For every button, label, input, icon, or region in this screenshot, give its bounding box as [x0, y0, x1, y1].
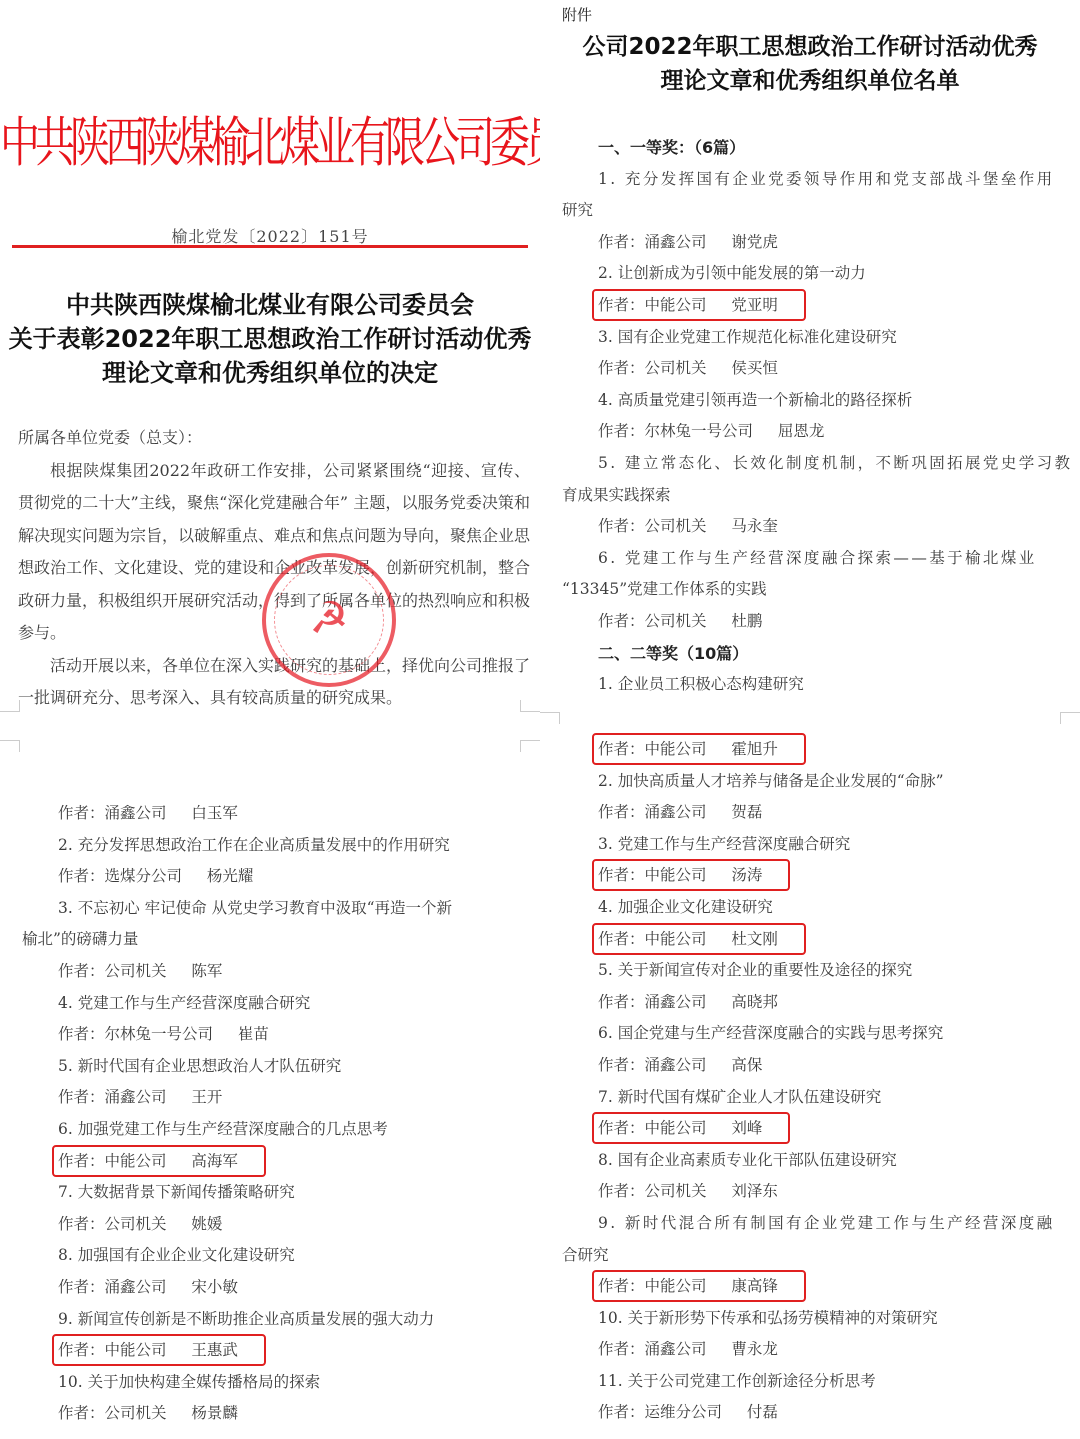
- item-title: 3. 国有企业党建工作规范化标准化建设研究: [540, 322, 1080, 354]
- author-line: 作者：公司机关刘泽东: [540, 1176, 1080, 1208]
- author-name: 马永奎: [731, 517, 778, 535]
- crop-mark: [520, 740, 540, 752]
- author-company: 作者：公司机关: [598, 606, 707, 638]
- author-company: 作者：中能公司: [598, 735, 707, 763]
- author-company: 作者：涌鑫公司: [598, 227, 707, 259]
- author-name: 陈军: [191, 962, 222, 980]
- highlight-box: 作者：中能公司王惠武: [54, 1336, 264, 1364]
- item-title-cont: 育成果实践探索: [540, 480, 1080, 512]
- author-line-highlighted: 作者：中能公司高海军: [0, 1146, 540, 1178]
- salutation: 所属各单位党委（总支）：: [18, 422, 530, 455]
- item-title: 1. 充分发挥国有企业党委领导作用和党支部战斗堡垒作用: [540, 164, 1080, 196]
- author-company: 作者：涌鑫公司: [58, 1082, 167, 1114]
- author-company: 作者：涌鑫公司: [598, 1334, 707, 1366]
- author-line-highlighted: 作者：中能公司王惠武: [0, 1335, 540, 1367]
- letterhead-title: 中共陕西陕煤榆北煤业有限公司委员会文件: [0, 100, 540, 177]
- author-line-highlighted: 作者：中能公司刘峰: [540, 1113, 1080, 1145]
- author-line: 作者：选煤分公司杨光耀: [0, 861, 540, 893]
- first-prize-list: 一、一等奖：（6篇） 1. 充分发挥国有企业党委领导作用和党支部战斗堡垒作用 研…: [540, 132, 1080, 701]
- author-company: 作者：公司机关: [58, 956, 167, 988]
- author-line: 作者：涌鑫公司曹永龙: [540, 1334, 1080, 1366]
- author-line: 作者：公司机关侯买恒: [540, 353, 1080, 385]
- author-company: 作者：公司机关: [58, 1398, 167, 1430]
- list-continuation-page: 作者：涌鑫公司白玉军 2. 充分发挥思想政治工作在企业高质量发展中的作用研究 作…: [0, 740, 540, 1439]
- item-title: 6. 国企党建与生产经营深度融合的实践与思考探究: [540, 1018, 1080, 1050]
- crop-mark: [540, 712, 560, 724]
- author-company: 作者：涌鑫公司: [58, 1272, 167, 1304]
- author-name: 姚媛: [191, 1215, 222, 1233]
- author-company: 作者：尔林兔一号公司: [58, 1019, 213, 1051]
- title-line: 公司2022年职工思想政治工作研讨活动优秀: [540, 30, 1080, 64]
- item-title: 9. 新闻宣传创新是不断助推企业高质量发展的强大动力: [0, 1304, 540, 1336]
- section-heading-second-prize: 二、二等奖（10篇）: [540, 638, 1080, 670]
- third-prize-list: 作者：涌鑫公司白玉军 2. 充分发挥思想政治工作在企业高质量发展中的作用研究 作…: [0, 798, 540, 1430]
- item-title: 8. 国有企业高素质专业化干部队伍建设研究: [540, 1145, 1080, 1177]
- author-line: 作者：公司机关杨景麟: [0, 1398, 540, 1430]
- crop-mark: [520, 700, 540, 712]
- author-name: 杜文刚: [731, 930, 778, 948]
- author-company: 作者：涌鑫公司: [58, 798, 167, 830]
- author-name: 白玉军: [191, 804, 238, 822]
- item-title: 10. 关于加快构建全媒传播格局的探索: [0, 1367, 540, 1399]
- annex-page: 附件 公司2022年职工思想政治工作研讨活动优秀 理论文章和优秀组织单位名单 一…: [540, 0, 1080, 712]
- item-title: 5. 新时代国有企业思想政治人才队伍研究: [0, 1051, 540, 1083]
- author-line: 作者：涌鑫公司贺磊: [540, 797, 1080, 829]
- author-name: 高海军: [191, 1152, 238, 1170]
- author-name: 屈恩龙: [778, 422, 825, 440]
- author-line: 作者：涌鑫公司宋小敏: [0, 1272, 540, 1304]
- red-divider-line: [12, 245, 528, 248]
- author-line-highlighted: 作者：中能公司康高锋: [540, 1271, 1080, 1303]
- item-title-cont: 合研究: [540, 1240, 1080, 1272]
- author-company: 作者：运维分公司: [598, 1397, 722, 1429]
- author-name: 杜鹏: [731, 612, 762, 630]
- item-title: 2. 加快高质量人才培养与储备是企业发展的“命脉”: [540, 766, 1080, 798]
- author-company: 作者：中能公司: [598, 925, 707, 953]
- author-line: 作者：运维分公司付磊: [540, 1397, 1080, 1429]
- highlight-box: 作者：中能公司霍旭升: [594, 735, 804, 763]
- author-company: 作者：公司机关: [598, 511, 707, 543]
- decision-body: 所属各单位党委（总支）： 根据陕煤集团2022年政研工作安排，公司紧紧围绕“迎接…: [18, 422, 530, 712]
- item-title: 11. 关于公司党建工作创新途径分析思考: [540, 1366, 1080, 1398]
- author-company: 作者：选煤分公司: [58, 861, 182, 893]
- author-line: 作者：涌鑫公司王开: [0, 1082, 540, 1114]
- author-name: 侯买恒: [731, 359, 778, 377]
- item-title: 6. 党建工作与生产经营深度融合探索——基于榆北煤业: [540, 543, 1080, 575]
- author-name: 杨景麟: [191, 1404, 238, 1422]
- author-name: 康高锋: [731, 1277, 778, 1295]
- item-title: 8. 加强国有企业企业文化建设研究: [0, 1240, 540, 1272]
- author-line: 作者：公司机关陈军: [0, 956, 540, 988]
- highlight-box: 作者：中能公司汤涛: [594, 861, 788, 889]
- author-name: 汤涛: [731, 866, 762, 884]
- item-title: 6. 加强党建工作与生产经营深度融合的几点思考: [0, 1114, 540, 1146]
- crop-mark: [0, 740, 20, 752]
- item-title: 7. 大数据背景下新闻传播策略研究: [0, 1177, 540, 1209]
- author-line-highlighted: 作者：中能公司党亚明: [540, 290, 1080, 322]
- author-line: 作者：涌鑫公司谢党虎: [540, 227, 1080, 259]
- author-line: 作者：公司机关杜鹏: [540, 606, 1080, 638]
- document-number: 榆北党发〔2022〕151号: [0, 224, 540, 247]
- item-title: 4. 加强企业文化建设研究: [540, 892, 1080, 924]
- author-name: 霍旭升: [731, 740, 778, 758]
- author-company: 作者：公司机关: [598, 1176, 707, 1208]
- highlight-box: 作者：中能公司高海军: [54, 1147, 264, 1175]
- item-title: 5. 建立常态化、长效化制度机制，不断巩固拓展党史学习教: [540, 448, 1080, 480]
- item-title: 5. 关于新闻宣传对企业的重要性及途径的探究: [540, 955, 1080, 987]
- item-title: 1. 企业员工积极心态构建研究: [540, 669, 1080, 701]
- item-title-cont: 研究: [540, 195, 1080, 227]
- author-company: 作者：尔林兔一号公司: [598, 416, 753, 448]
- hammer-sickle-icon: ☭: [266, 593, 392, 644]
- author-name: 宋小敏: [191, 1278, 238, 1296]
- item-title: 3. 不忘初心 牢记使命 从党史学习教育中汲取“再造一个新: [0, 893, 540, 925]
- decision-title: 中共陕西陕煤榆北煤业有限公司委员会 关于表彰2022年职工思想政治工作研讨活动优…: [0, 288, 540, 390]
- second-prize-list: 作者：中能公司霍旭升 2. 加快高质量人才培养与储备是企业发展的“命脉” 作者：…: [540, 734, 1080, 1429]
- item-title: 2. 充分发挥思想政治工作在企业高质量发展中的作用研究: [0, 830, 540, 862]
- crop-mark: [1060, 712, 1080, 724]
- author-line: 作者：涌鑫公司高晓邦: [540, 987, 1080, 1019]
- author-company: 作者：中能公司: [598, 1272, 707, 1300]
- annex-title: 公司2022年职工思想政治工作研讨活动优秀 理论文章和优秀组织单位名单: [540, 30, 1080, 98]
- author-line-highlighted: 作者：中能公司霍旭升: [540, 734, 1080, 766]
- author-line: 作者：涌鑫公司白玉军: [0, 798, 540, 830]
- author-company: 作者：涌鑫公司: [598, 987, 707, 1019]
- title-line: 中共陕西陕煤榆北煤业有限公司委员会: [0, 288, 540, 322]
- author-name: 王开: [191, 1088, 222, 1106]
- author-name: 付磊: [747, 1403, 778, 1421]
- second-prize-page: 作者：中能公司霍旭升 2. 加快高质量人才培养与储备是企业发展的“命脉” 作者：…: [540, 712, 1080, 1439]
- item-title: 4. 党建工作与生产经营深度融合研究: [0, 988, 540, 1020]
- decision-page: 中共陕西陕煤榆北煤业有限公司委员会文件 榆北党发〔2022〕151号 中共陕西陕…: [0, 0, 540, 712]
- highlight-box: 作者：中能公司党亚明: [594, 291, 804, 319]
- official-seal-icon: ☭: [262, 553, 396, 687]
- author-line-highlighted: 作者：中能公司汤涛: [540, 860, 1080, 892]
- author-name: 杨光耀: [207, 867, 254, 885]
- author-company: 作者：中能公司: [598, 861, 707, 889]
- author-name: 刘泽东: [731, 1182, 778, 1200]
- title-line: 关于表彰2022年职工思想政治工作研讨活动优秀: [0, 322, 540, 356]
- author-company: 作者：中能公司: [58, 1147, 167, 1175]
- author-company: 作者：公司机关: [598, 353, 707, 385]
- author-name: 高晓邦: [731, 993, 778, 1011]
- author-name: 党亚明: [731, 296, 778, 314]
- author-company: 作者：中能公司: [598, 291, 707, 319]
- highlight-box: 作者：中能公司杜文刚: [594, 925, 804, 953]
- author-line: 作者：公司机关姚媛: [0, 1209, 540, 1241]
- author-name: 曹永龙: [731, 1340, 778, 1358]
- annex-label: 附件: [562, 4, 592, 25]
- item-title: 10. 关于新形势下传承和弘扬劳模精神的对策研究: [540, 1303, 1080, 1335]
- author-name: 王惠武: [191, 1341, 238, 1359]
- item-title-cont: 榆北”的磅礴力量: [0, 924, 540, 956]
- item-title: 2. 让创新成为引领中能发展的第一动力: [540, 258, 1080, 290]
- title-line: 理论文章和优秀组织单位的决定: [0, 356, 540, 390]
- author-name: 崔苗: [238, 1025, 269, 1043]
- author-line: 作者：公司机关马永奎: [540, 511, 1080, 543]
- author-line: 作者：涌鑫公司高保: [540, 1050, 1080, 1082]
- author-line: 作者：尔林兔一号公司崔苗: [0, 1019, 540, 1051]
- author-company: 作者：涌鑫公司: [598, 797, 707, 829]
- author-name: 谢党虎: [731, 233, 778, 251]
- author-name: 高保: [731, 1056, 762, 1074]
- crop-mark: [0, 700, 20, 712]
- item-title: 7. 新时代国有煤矿企业人才队伍建设研究: [540, 1082, 1080, 1114]
- highlight-box: 作者：中能公司康高锋: [594, 1272, 804, 1300]
- highlight-box: 作者：中能公司刘峰: [594, 1114, 788, 1142]
- author-company: 作者：公司机关: [58, 1209, 167, 1241]
- item-title-cont: “13345”党建工作体系的实践: [540, 574, 1080, 606]
- title-line: 理论文章和优秀组织单位名单: [540, 64, 1080, 98]
- author-line: 作者：尔林兔一号公司屈恩龙: [540, 416, 1080, 448]
- item-title: 4. 高质量党建引领再造一个新榆北的路径探析: [540, 385, 1080, 417]
- item-title: 3. 党建工作与生产经营深度融合研究: [540, 829, 1080, 861]
- author-name: 贺磊: [731, 803, 762, 821]
- author-name: 刘峰: [731, 1119, 762, 1137]
- author-company: 作者：中能公司: [58, 1336, 167, 1364]
- author-company: 作者：中能公司: [598, 1114, 707, 1142]
- item-title: 9. 新时代混合所有制国有企业党建工作与生产经营深度融: [540, 1208, 1080, 1240]
- author-company: 作者：涌鑫公司: [598, 1050, 707, 1082]
- section-heading-first-prize: 一、一等奖：（6篇）: [540, 132, 1080, 164]
- author-line-highlighted: 作者：中能公司杜文刚: [540, 924, 1080, 956]
